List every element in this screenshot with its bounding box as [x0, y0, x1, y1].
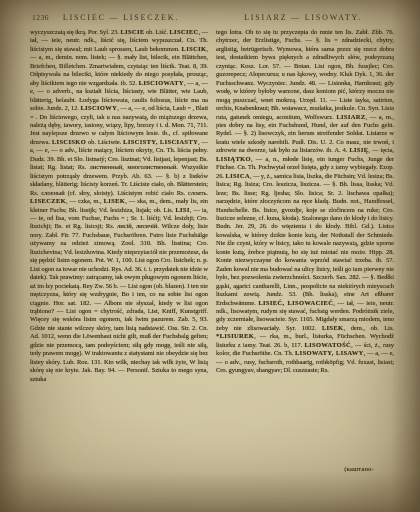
headword: LISIĄTKO	[216, 156, 251, 163]
headword: LISOWATOŚĆ	[304, 342, 351, 349]
page-header: 1236 LISCIEC — LISECZEK. LISIARZ — LISOW…	[30, 13, 394, 25]
headword: *LISIUREK	[216, 333, 254, 340]
entry-text: , — ięcia,	[368, 147, 394, 154]
headword: LISCIK	[182, 46, 207, 53]
headword: LISIARZ	[336, 114, 365, 121]
headword: LISIĘ	[349, 147, 368, 154]
entry-text: tego lotra. Oh to się tu przyczepia do m…	[216, 29, 394, 121]
running-head-left: LISCIEC — LISECZEK.	[30, 13, 212, 25]
page-number: 1236	[32, 13, 49, 22]
headword: LISIEĆ, LISOWACIEĆ	[258, 300, 333, 307]
headword: LISECZEK	[30, 198, 66, 205]
left-column: wyczyszczaią się ikrą. Por. Syl. 23. LIS…	[30, 29, 208, 472]
headword: LISCISKO	[52, 139, 86, 146]
headword: LISICA	[225, 173, 250, 180]
catchword: (каштано-	[344, 466, 374, 473]
headword: LISCISTY, LISCIASTY	[123, 139, 198, 146]
running-head-right: LISIARZ — LISOWATY.	[212, 13, 394, 25]
headword: LISI	[175, 207, 189, 214]
entry-text: , — czka, m.,	[66, 198, 104, 205]
headword: LISOWATY, LISAWY	[295, 350, 364, 357]
headword: LISEK	[322, 325, 344, 332]
headword: LISCIOWATY	[139, 80, 184, 87]
entry-text: , — a, — e, — o adv., liście maiący, liś…	[30, 139, 208, 197]
entry-text: wyczyszczaią się ikrą. Por. Syl. 23.	[30, 29, 120, 36]
text-columns: wyczyszczaią się ikrą. Por. Syl. 23. LIS…	[30, 29, 394, 472]
right-column: tego lotra. Oh to się tu przyczepia do m…	[216, 29, 394, 472]
headword: LISCIEC	[169, 29, 198, 36]
entry-text: ob. Liść.	[145, 29, 170, 36]
scanned-dictionary-page: 1236 LISCIEC — LISECZEK. LISIARZ — LISOW…	[0, 0, 420, 512]
entry-text: , — y, ż., samica lisia, liszka, die Füc…	[216, 173, 394, 307]
headword: LISEK	[104, 198, 126, 205]
entry-text: , dem., ob. Lis.	[343, 325, 394, 332]
headword: LISCIOWY	[80, 105, 117, 112]
headword: LISCIE	[120, 29, 144, 36]
entry-text: ob. Liściwie.	[86, 139, 123, 146]
entry-text: , — ia, — ie, od lisa, vom Fuchse, Fuchs…	[30, 207, 208, 383]
